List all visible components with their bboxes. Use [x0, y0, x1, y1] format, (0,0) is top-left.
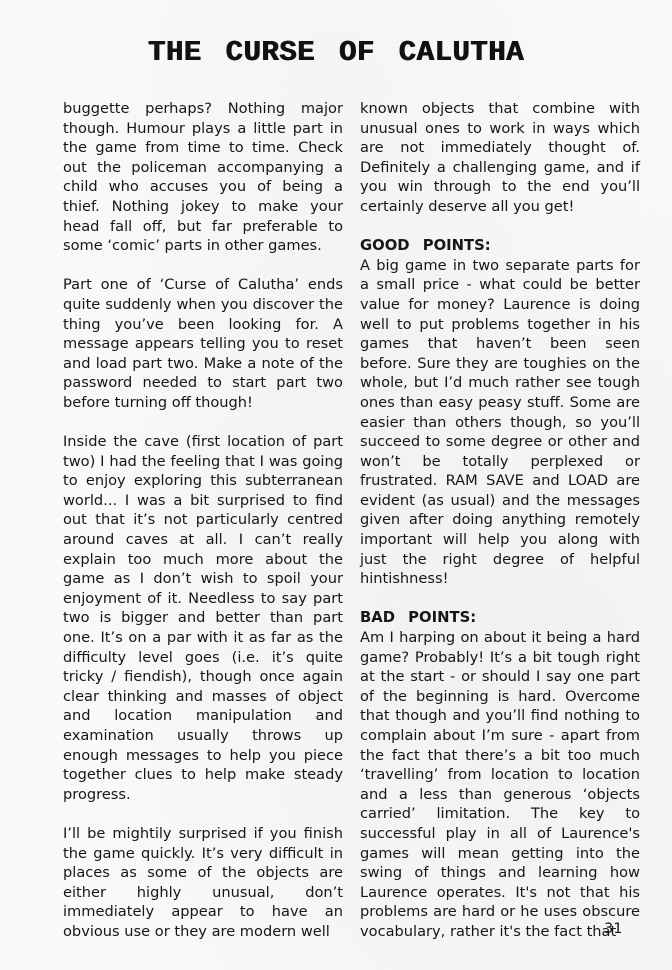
left-column: buggette perhaps? Nothing major though. …	[63, 99, 343, 942]
magazine-page: THE CURSE OF CALUTHA buggette perhaps? N…	[0, 0, 672, 970]
paragraph-conclusion: known objects that combine with unusual …	[360, 99, 640, 217]
bad-points-text: Am I harping on about it being a hard ga…	[360, 628, 640, 942]
good-points-text: A big game in two separate parts for a s…	[360, 256, 640, 589]
paragraph-part-one: Part one of ‘Curse of Calutha’ ends quit…	[63, 275, 343, 412]
paragraph-humour: buggette perhaps? Nothing major though. …	[63, 99, 343, 256]
paragraph-cave: Inside the cave (first location of part …	[63, 432, 343, 804]
bad-points-heading: BAD POINTS:	[360, 608, 640, 628]
good-points-heading: GOOD POINTS:	[360, 236, 640, 256]
page-number: 31	[604, 920, 623, 937]
paragraph-difficulty: I’ll be mightily surprised if you finish…	[63, 824, 343, 942]
right-column: known objects that combine with unusual …	[360, 99, 640, 942]
article-title: THE CURSE OF CALUTHA	[0, 36, 672, 69]
